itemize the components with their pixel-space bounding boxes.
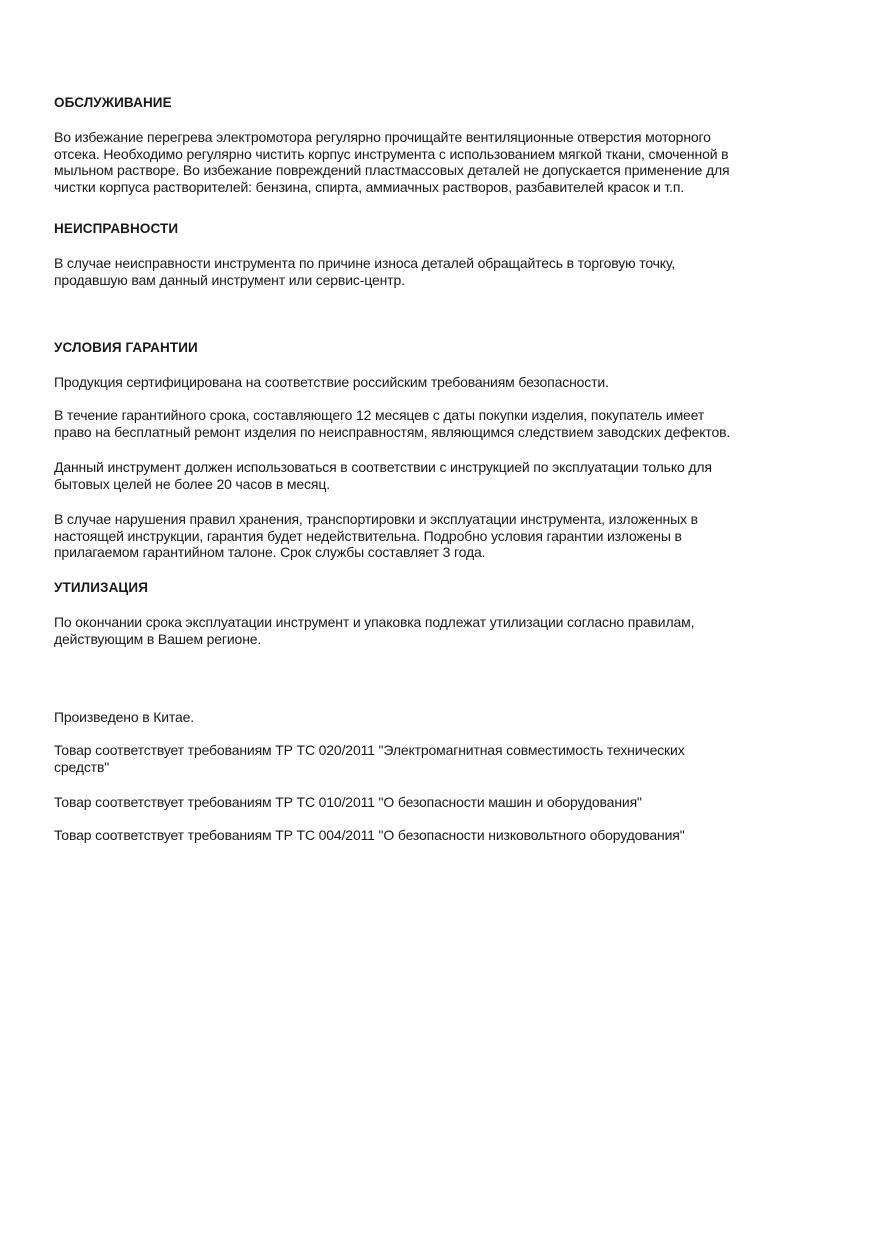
text-line: В случае нарушения правил хранения, тран… <box>54 511 698 528</box>
faults-text: В случае неисправности инструмента по пр… <box>54 255 675 288</box>
text-line: Во избежание перегрева электромотора рег… <box>54 129 729 146</box>
warranty-term: В течение гарантийного срока, составляющ… <box>54 407 730 440</box>
text-line: действующим в Вашем регионе. <box>54 631 694 648</box>
text-line: средств" <box>54 759 685 776</box>
maintenance-text: Во избежание перегрева электромотора рег… <box>54 129 729 195</box>
text-line: чистки корпуса растворителей: бензина, с… <box>54 179 729 196</box>
text-line: Продукция сертифицирована на соответстви… <box>54 374 609 391</box>
compliance-machinery: Товар соответствует требованиям ТР ТС 01… <box>54 794 642 811</box>
origin-text: Произведено в Китае. <box>54 709 194 726</box>
disposal-text: По окончании срока эксплуатации инструме… <box>54 614 694 647</box>
maintenance-heading: ОБСЛУЖИВАНИЕ <box>54 95 172 110</box>
warranty-usage: Данный инструмент должен использоваться … <box>54 459 712 492</box>
warranty-heading: УСЛОВИЯ ГАРАНТИИ <box>54 340 198 355</box>
faults-heading: НЕИСПРАВНОСТИ <box>54 221 178 236</box>
text-line: Товар соответствует требованиям ТР ТС 00… <box>54 827 685 844</box>
text-line: отсека. Необходимо регулярно чистить кор… <box>54 146 729 163</box>
text-line: В течение гарантийного срока, составляющ… <box>54 407 730 424</box>
text-line: мыльном растворе. Во избежание поврежден… <box>54 162 729 179</box>
compliance-low-voltage: Товар соответствует требованиям ТР ТС 00… <box>54 827 685 844</box>
warranty-void: В случае нарушения правил хранения, тран… <box>54 511 698 561</box>
compliance-emc: Товар соответствует требованиям ТР ТС 02… <box>54 742 685 775</box>
text-line: По окончании срока эксплуатации инструме… <box>54 614 694 631</box>
text-line: бытовых целей не более 20 часов в месяц. <box>54 476 712 493</box>
text-line: продавшую вам данный инструмент или серв… <box>54 272 675 289</box>
text-line: прилагаемом гарантийном талоне. Срок слу… <box>54 544 698 561</box>
warranty-certification: Продукция сертифицирована на соответстви… <box>54 374 609 391</box>
disposal-heading: УТИЛИЗАЦИЯ <box>54 580 148 595</box>
text-line: Товар соответствует требованиям ТР ТС 01… <box>54 794 642 811</box>
text-line: Данный инструмент должен использоваться … <box>54 459 712 476</box>
text-line: Товар соответствует требованиям ТР ТС 02… <box>54 742 685 759</box>
text-line: В случае неисправности инструмента по пр… <box>54 255 675 272</box>
text-line: настоящей инструкции, гарантия будет нед… <box>54 528 698 545</box>
text-line: право на бесплатный ремонт изделия по не… <box>54 424 730 441</box>
